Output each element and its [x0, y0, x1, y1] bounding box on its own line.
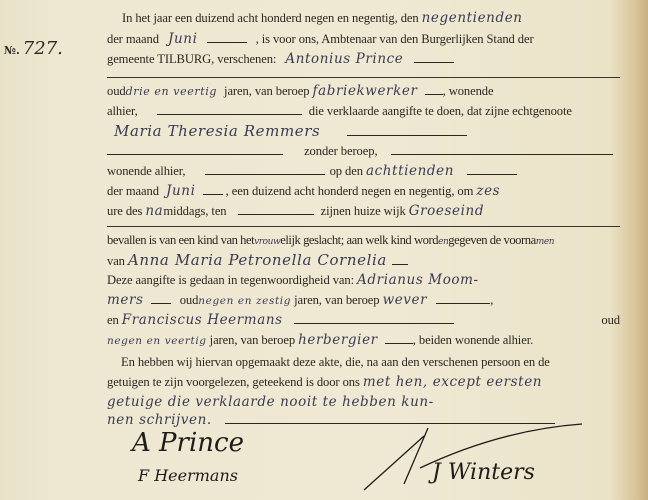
line-1: In het jaar een duizend acht honderd neg… [122, 11, 620, 25]
record-number-prefix: №. [4, 44, 20, 57]
line-16: negen en veertig jaren, van beroep herbe… [107, 333, 620, 348]
print-text: , [490, 293, 493, 307]
line-12: van Anna Maria Petronella Cornelia [107, 253, 620, 268]
handwritten-witness-2: Franciscus Heermans [122, 312, 283, 328]
civil-birth-record-page: №.727. In het jaar een duizend acht hond… [0, 0, 648, 500]
print-text: , een duizend acht honderd negen en nege… [226, 184, 474, 198]
line-7: zonder beroep, [107, 144, 620, 158]
print-text: bevallen is van een kind van het [107, 233, 254, 247]
blank-line [203, 184, 223, 195]
blank-line [425, 84, 443, 95]
line-3: gemeente TILBURG, verschenen: Antonius P… [107, 52, 620, 66]
print-text: van [107, 254, 125, 268]
handwritten-birth-day: achttienden [366, 163, 454, 179]
blank-line [347, 125, 467, 136]
handwritten-mother-name: Maria Theresia Remmers [114, 122, 320, 140]
line-19: getuige die verklaarde nooit te hebben k… [107, 395, 620, 409]
blank-line [294, 313, 454, 324]
print-text: zijnen huize wijk [321, 204, 406, 218]
blank-line [391, 144, 613, 155]
line-5: alhier, die verklaarde aangifte te doen,… [107, 104, 620, 118]
blank-line [414, 52, 454, 63]
line-6: Maria Theresia Remmers [114, 124, 620, 139]
handwritten-district: Groeseind [409, 203, 484, 219]
filler-rule [107, 77, 620, 78]
signature-witness: F Heermans [138, 466, 238, 485]
blank-line [392, 254, 408, 265]
print-text: alhier, [107, 104, 138, 118]
blank-line [467, 164, 517, 175]
filler-rule [107, 226, 620, 227]
municipality: TILBURG [157, 52, 211, 66]
line-9: der maand Juni , een duizend acht honder… [107, 184, 620, 198]
line-18: getuigen te zijn voorgelezen, geteekend … [107, 375, 620, 389]
print-text: , is voor ons, Ambtenaar van den Burgerl… [256, 32, 534, 46]
handwritten-declarant-name: Antonius Prince [285, 51, 403, 67]
blank-line [238, 204, 314, 215]
line-17: En hebben wij hiervan opgemaakt deze akt… [121, 355, 620, 369]
print-text: die verklaarde aangifte te doen, dat zij… [309, 104, 572, 118]
blank-line [107, 144, 283, 155]
blank-line [205, 164, 325, 175]
line-15: en Franciscus Heermans oud [107, 313, 620, 327]
handwritten-month: Juni [168, 31, 198, 47]
signature-declarant: A Prince [132, 428, 244, 458]
print-text: , beiden wonende alhier. [413, 333, 533, 347]
print-text: Deze aangifte is gedaan in tegenwoordigh… [107, 273, 354, 287]
line-8: wonende alhier, op den achttienden [107, 164, 620, 178]
print-text: op den [330, 164, 363, 178]
blank-line [157, 104, 302, 115]
handwritten-note: nen schrijven. [107, 412, 212, 428]
line-11: bevallen is van een kind van hetvrouweli… [107, 233, 620, 249]
print-text: der maand [107, 184, 159, 198]
handwritten-age: negen en zestig [198, 295, 291, 307]
handwritten-occupation: wever [383, 292, 428, 308]
record-number-value: 727. [23, 38, 63, 59]
line-4: ouddrie en veertig jaren, van beroep fab… [107, 84, 620, 99]
line-14: mers oudnegen en zestig jaren, van beroe… [107, 293, 620, 308]
print-text: jaren, van beroep [210, 333, 295, 347]
handwritten-note: getuige die verklaarde nooit te hebben k… [107, 394, 434, 410]
handwritten-occupation: fabriekwerker [312, 83, 417, 99]
handwritten-hour: zes [476, 183, 500, 199]
handwritten-witness-1-cont: mers [107, 292, 144, 308]
signature-official-flourish [360, 418, 590, 498]
print-text: der maand [107, 32, 159, 46]
print-text: gegeven de voorna [448, 233, 535, 247]
handwritten-period: na [145, 203, 163, 219]
print-text: gemeente [107, 52, 154, 66]
handwritten-suffix: en [438, 237, 448, 247]
line-2: der maand Juni , is voor ons, Ambtenaar … [107, 32, 620, 46]
print-text: , wonende [443, 84, 494, 98]
print-text: , verschenen: [211, 52, 276, 66]
handwritten-note: met hen, except eersten [363, 374, 542, 390]
print-text: oud [601, 313, 620, 327]
handwritten-age: negen en veertig [107, 335, 207, 347]
handwritten-witness-1: Adrianus Moom- [357, 272, 479, 288]
signature-official: J Winters [432, 460, 535, 485]
blank-line [207, 32, 247, 43]
record-number: №.727. [4, 38, 63, 59]
handwritten-child-names: Anna Maria Petronella Cornelia [128, 251, 387, 269]
print-text: jaren, van beroep [224, 84, 309, 98]
print-text: ure des [107, 204, 142, 218]
print-text: In het jaar een duizend acht honderd neg… [122, 11, 419, 25]
blank-line [151, 293, 171, 304]
print-text: middags, ten [163, 204, 226, 218]
print-text: oud [180, 293, 199, 307]
handwritten-birth-month: Juni [166, 183, 196, 199]
blank-line [385, 333, 413, 344]
blank-line [436, 293, 490, 304]
line-13: Deze aangifte is gedaan in tegenwoordigh… [107, 273, 620, 287]
handwritten-day: negentienden [422, 10, 523, 26]
handwritten-suffix: men [536, 237, 554, 247]
line-10: ure des namiddags, ten zijnen huize wijk… [107, 204, 620, 218]
print-text: elijk geslacht; aan welk kind word [280, 233, 438, 247]
print-text: zonder beroep, [304, 144, 377, 158]
print-text: oud [107, 84, 126, 98]
handwritten-age: drie en veertig [126, 85, 217, 98]
print-text: getuigen te zijn voorgelezen, geteekend … [107, 375, 360, 389]
print-text: en [107, 313, 119, 327]
print-text: wonende alhier, [107, 164, 185, 178]
print-text: jaren, van beroep [294, 293, 379, 307]
print-text: En hebben wij hiervan opgemaakt deze akt… [121, 355, 550, 369]
handwritten-occupation: herbergier [298, 332, 378, 348]
handwritten-gender: vrouw [254, 237, 280, 247]
